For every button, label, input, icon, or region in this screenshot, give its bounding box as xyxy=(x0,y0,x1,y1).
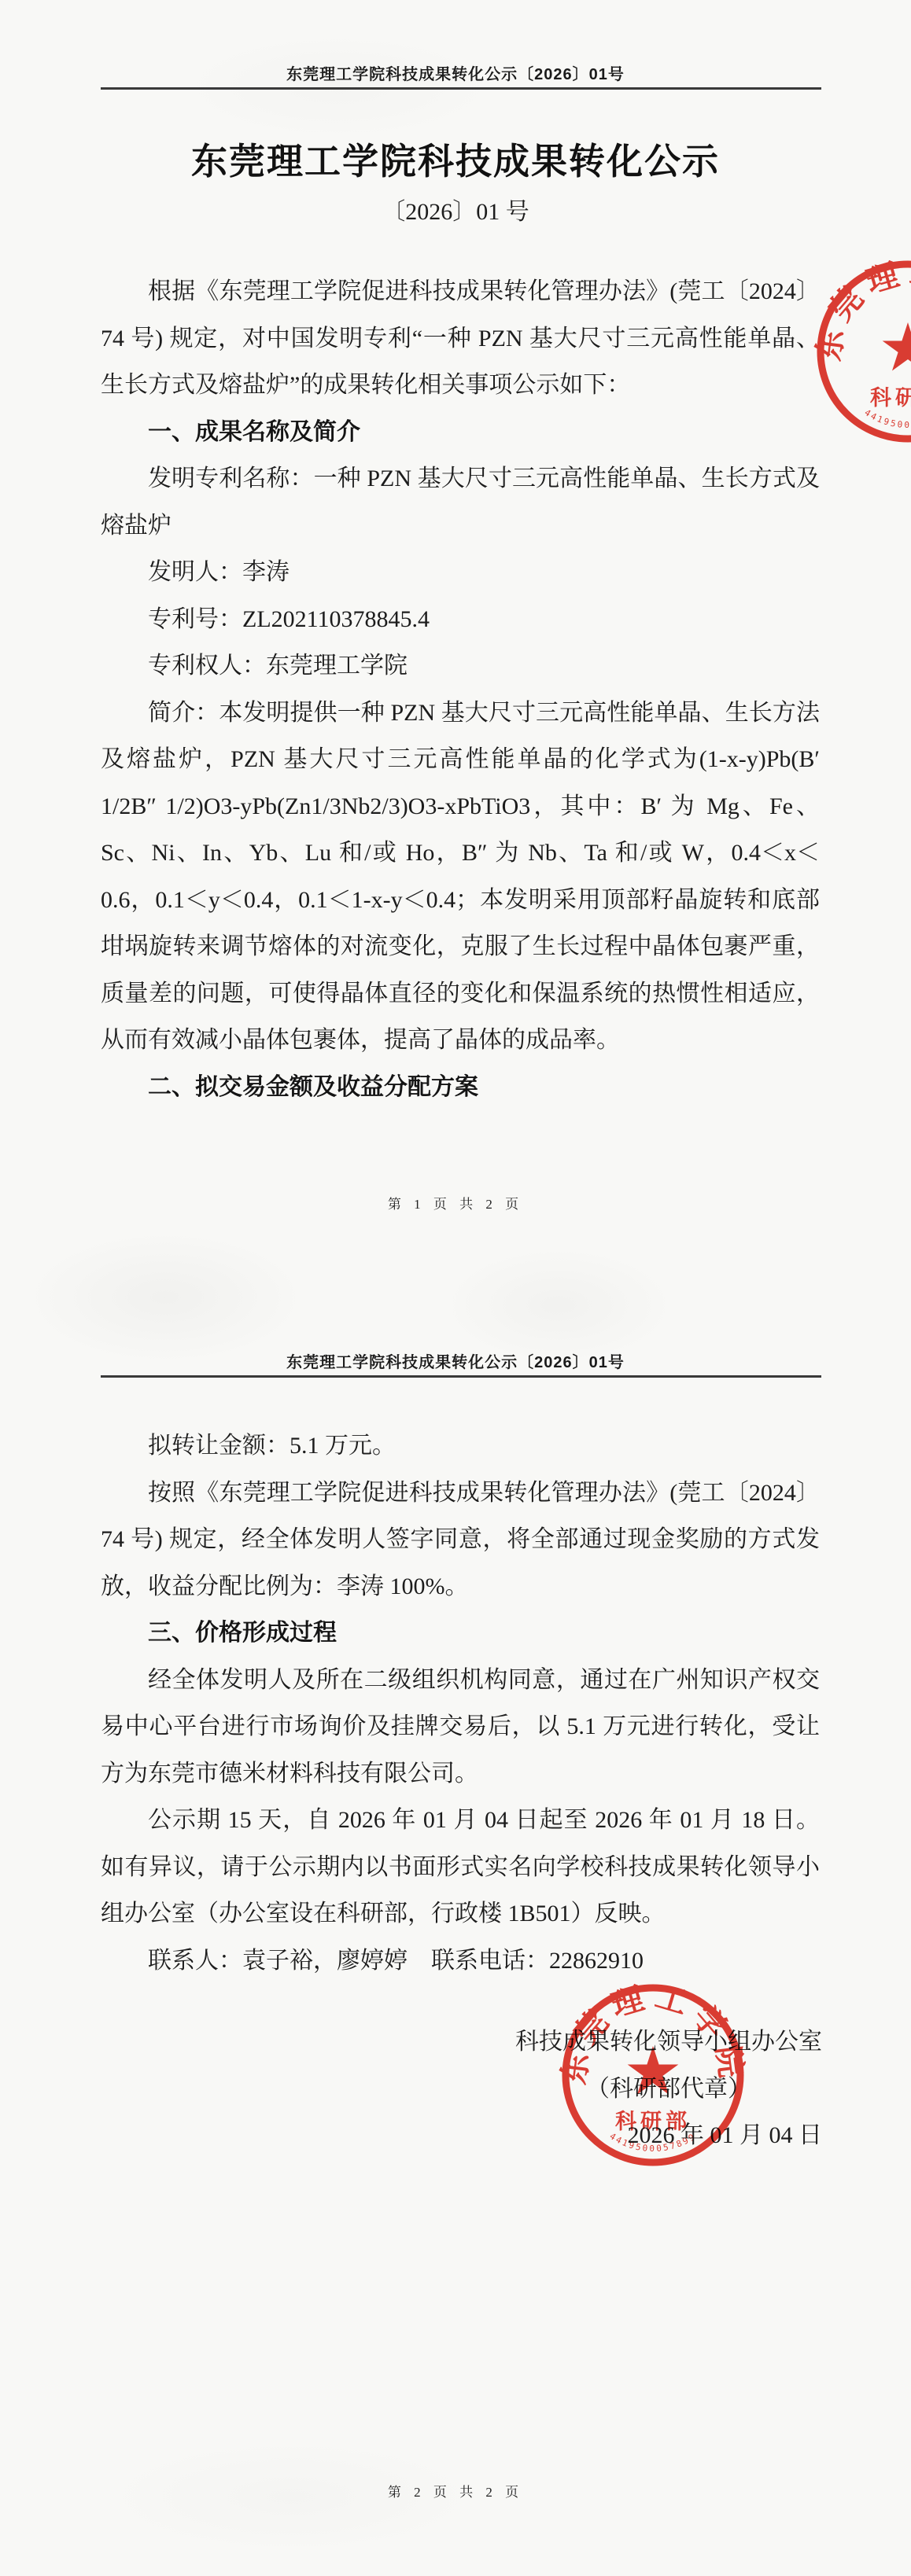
doc-number: 〔2026〕01 号 xyxy=(0,195,911,230)
seal-serial-text: 4419500057899 xyxy=(608,2131,699,2154)
paragraph: 按照《东莞理工学院促进科技成果转化管理办法》(莞工〔2024〕74 号) 规定，… xyxy=(101,1470,820,1610)
page1-body: 根据《东莞理工学院促进科技成果转化管理办法》(莞工〔2024〕74 号) 规定，… xyxy=(101,268,820,1110)
star-icon xyxy=(628,2046,679,2095)
paragraph: 根据《东莞理工学院促进科技成果转化管理办法》(莞工〔2024〕74 号) 规定，… xyxy=(101,268,820,409)
page-1: 东莞理工学院科技成果转化公示〔2026〕01号 东莞理工学院科技成果转化公示 〔… xyxy=(0,0,911,1288)
paragraph: 经全体发明人及所在二级组织机构同意，通过在广州知识产权交易中心平台进行市场询价及… xyxy=(101,1657,820,1798)
official-seal-page1: 东莞理工学院 科研部 4419500057899 xyxy=(813,257,911,446)
paragraph: 专利号：ZL202110378845.4 xyxy=(101,596,820,643)
seal-dept-text: 科研部 xyxy=(615,2110,691,2133)
star-icon xyxy=(883,322,911,371)
paragraph: 拟转让金额：5.1 万元。 xyxy=(101,1422,820,1470)
page-2: 东莞理工学院科技成果转化公示〔2026〕01号 拟转让金额：5.1 万元。按照《… xyxy=(0,1288,911,2576)
paragraph: 简介：本发明提供一种 PZN 基大尺寸三元高性能单晶、生长方法及熔盐炉，PZN … xyxy=(101,690,820,1064)
page2-body: 拟转让金额：5.1 万元。按照《东莞理工学院促进科技成果转化管理办法》(莞工〔2… xyxy=(101,1422,820,1984)
page2-footer: 第 2 页 共 2 页 xyxy=(0,2482,911,2504)
paragraph: 发明专利名称：一种 PZN 基大尺寸三元高性能单晶、生长方式及熔盐炉 xyxy=(101,455,820,549)
document-canvas: 东莞理工学院科技成果转化公示〔2026〕01号 东莞理工学院科技成果转化公示 〔… xyxy=(0,0,911,2576)
section-heading: 一、成果名称及简介 xyxy=(101,409,820,456)
page-header: 东莞理工学院科技成果转化公示〔2026〕01号 xyxy=(0,1352,911,1373)
seal-dept-text: 科研部 xyxy=(870,386,911,410)
doc-title: 东莞理工学院科技成果转化公示 xyxy=(0,138,911,186)
official-seal-page2: 东莞理工学院 科研部 4419500057899 xyxy=(559,1981,747,2169)
page1-footer: 第 1 页 共 2 页 xyxy=(0,1194,911,1216)
paragraph: 发明人：李涛 xyxy=(101,549,820,596)
paragraph: 联系人：袁子裕，廖婷婷 联系电话：22862910 xyxy=(101,1938,820,1985)
header-rule xyxy=(101,87,821,90)
page-header: 东莞理工学院科技成果转化公示〔2026〕01号 xyxy=(0,64,911,85)
header-rule xyxy=(101,1375,821,1378)
paragraph: 专利权人：东莞理工学院 xyxy=(101,642,820,690)
paragraph: 公示期 15 天，自 2026 年 01 月 04 日起至 2026 年 01 … xyxy=(101,1797,820,1938)
section-heading: 二、拟交易金额及收益分配方案 xyxy=(101,1064,820,1111)
section-heading: 三、价格形成过程 xyxy=(101,1610,820,1657)
